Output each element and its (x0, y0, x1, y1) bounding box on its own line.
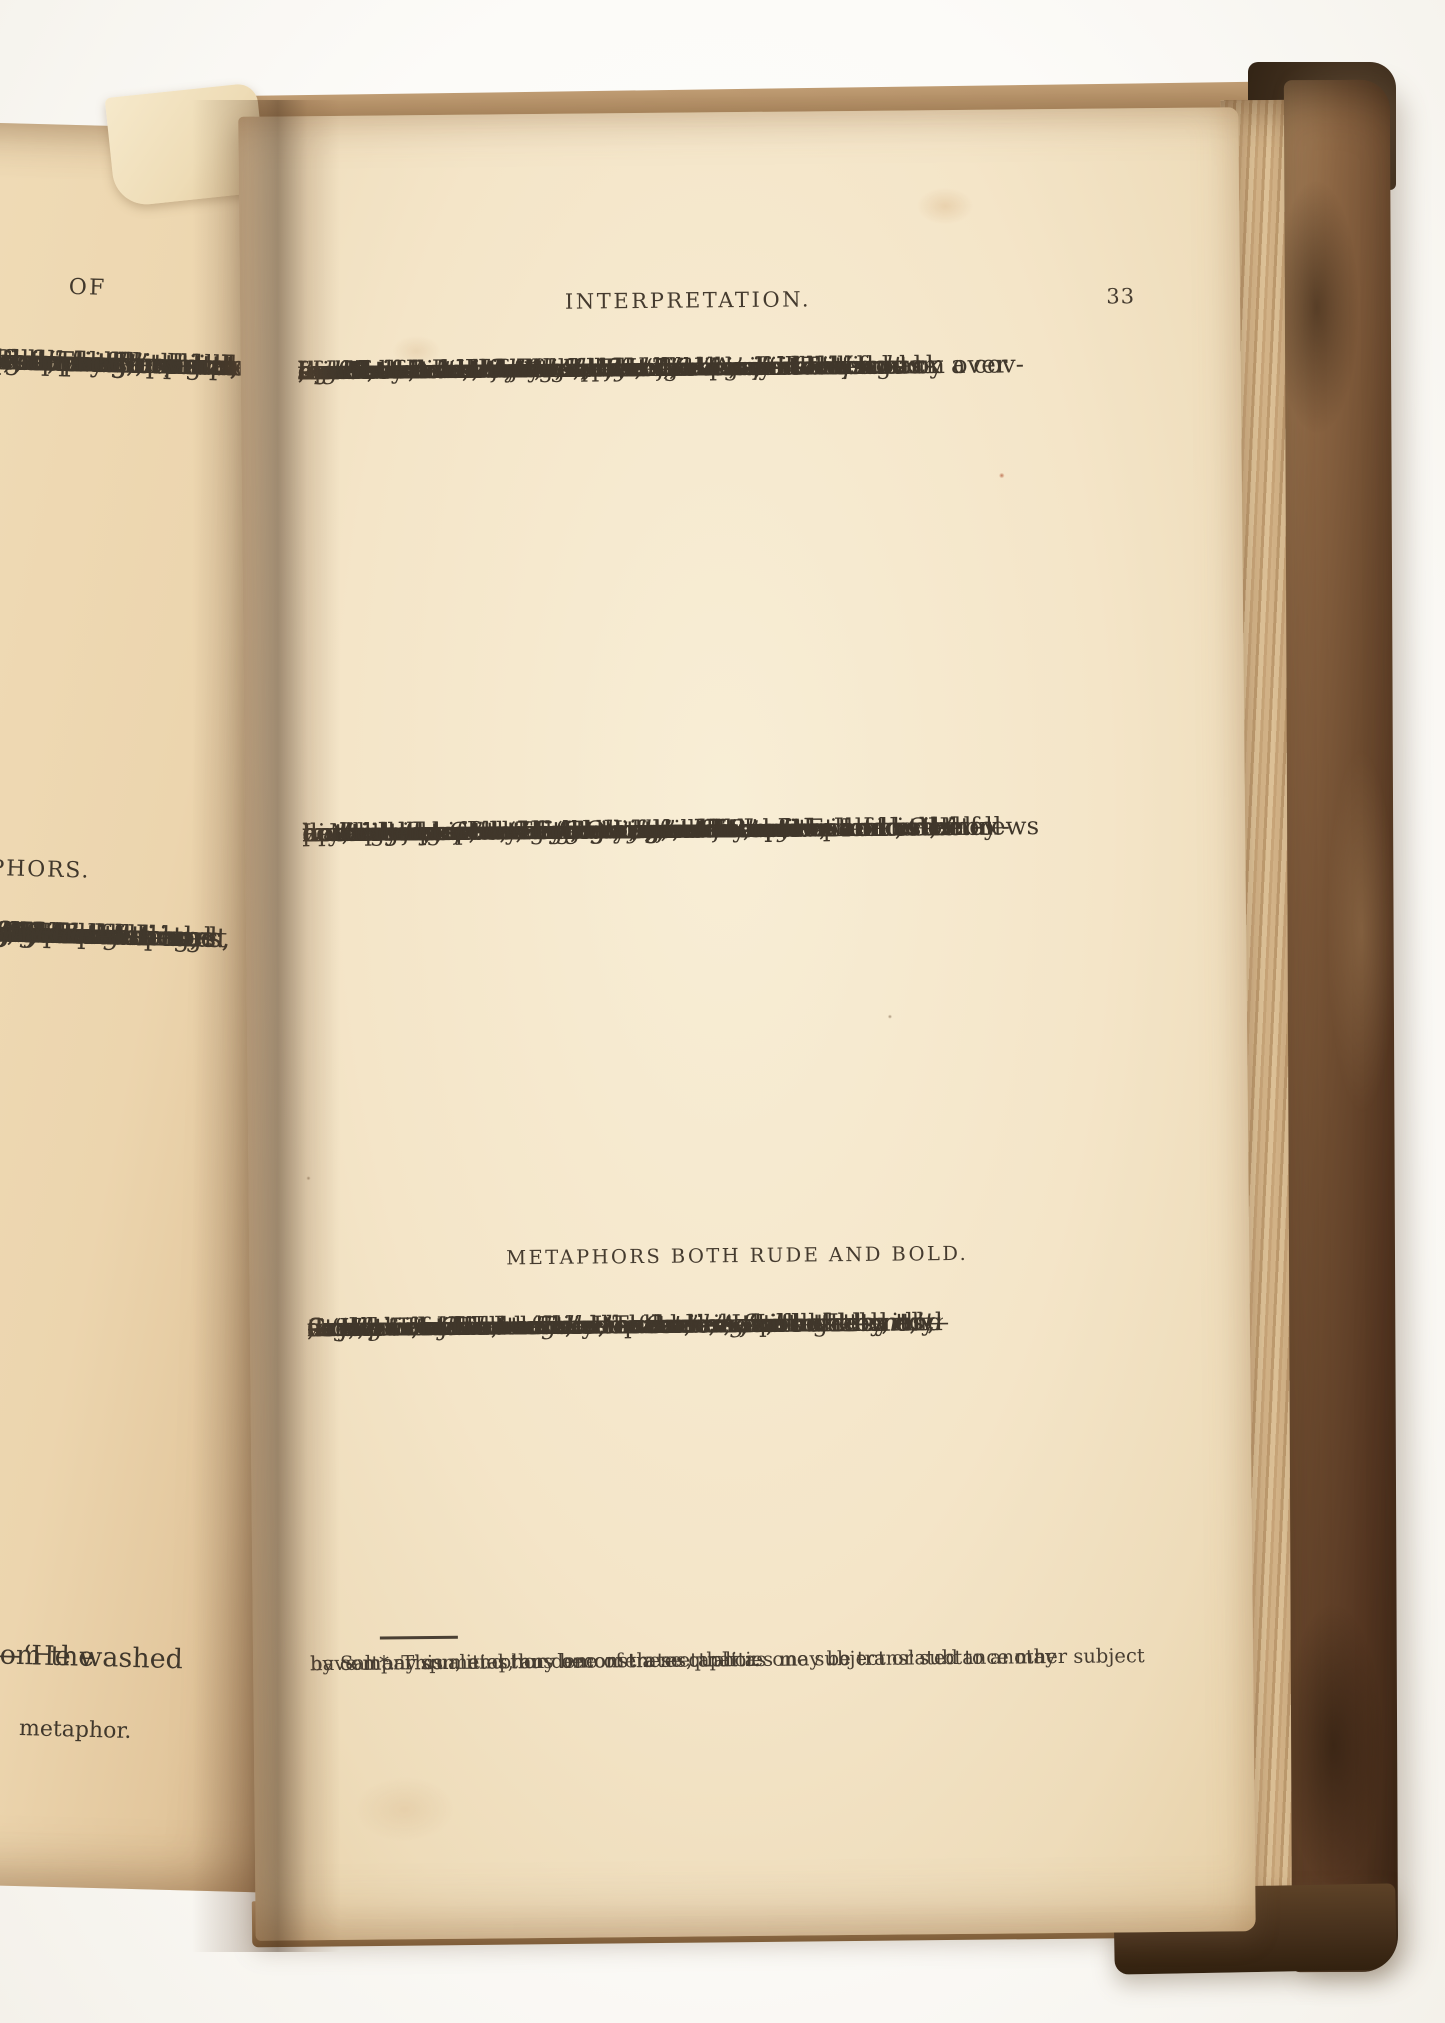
footnote-rule (380, 1636, 458, 1640)
text-line: metaphor. (0, 343, 63, 378)
book-photo: OF was discovered, and theolance, is put… (0, 0, 1445, 2023)
body-paragraph: his clothes in the blood of grapes,’—‘Hi… (298, 348, 1136, 356)
body-paragraph: Many have thought, that the conceptions … (302, 810, 1140, 818)
right-page: INTERPRETATION. 33 his clothes in the bl… (238, 107, 1255, 1941)
left-paragraph: of beautiful metaphors,lways, drawn from… (0, 915, 286, 925)
left-bottom-fragment: metaphor. (0, 1713, 265, 1748)
left-paragraph: crieth to me from theulchre,’—‘He washed (0, 1637, 267, 1647)
section-heading: METAPHORS BOTH RUDE AND BOLD. (306, 1240, 1144, 1271)
text-line: ams in the desert.’ (0, 915, 79, 951)
text-line: by comparison, and thus become a metapho… (310, 1648, 760, 1677)
running-head: INTERPRETATION. (269, 285, 1107, 317)
body-paragraph: ‘With the blast of thy nostrils the wate… (307, 1305, 1145, 1313)
text-line: cry; but the face of the Lord is against… (302, 812, 954, 849)
footnote: Salt*. This metaphor demonstrates, that … (310, 1644, 1148, 1652)
text-line: day,’—‘The Lord smelled a sweet savor,’—… (307, 1309, 794, 1344)
left-text-fragment: . (0, 1589, 269, 1630)
text-line: ulchre,’—‘He washed (0, 1637, 183, 1677)
running-head-row: INTERPRETATION. 33 (297, 284, 1135, 326)
text-line: the besom of destruction.’ (298, 354, 535, 387)
leather-cover-right (1284, 80, 1398, 1972)
page-number: 33 (1106, 284, 1135, 308)
